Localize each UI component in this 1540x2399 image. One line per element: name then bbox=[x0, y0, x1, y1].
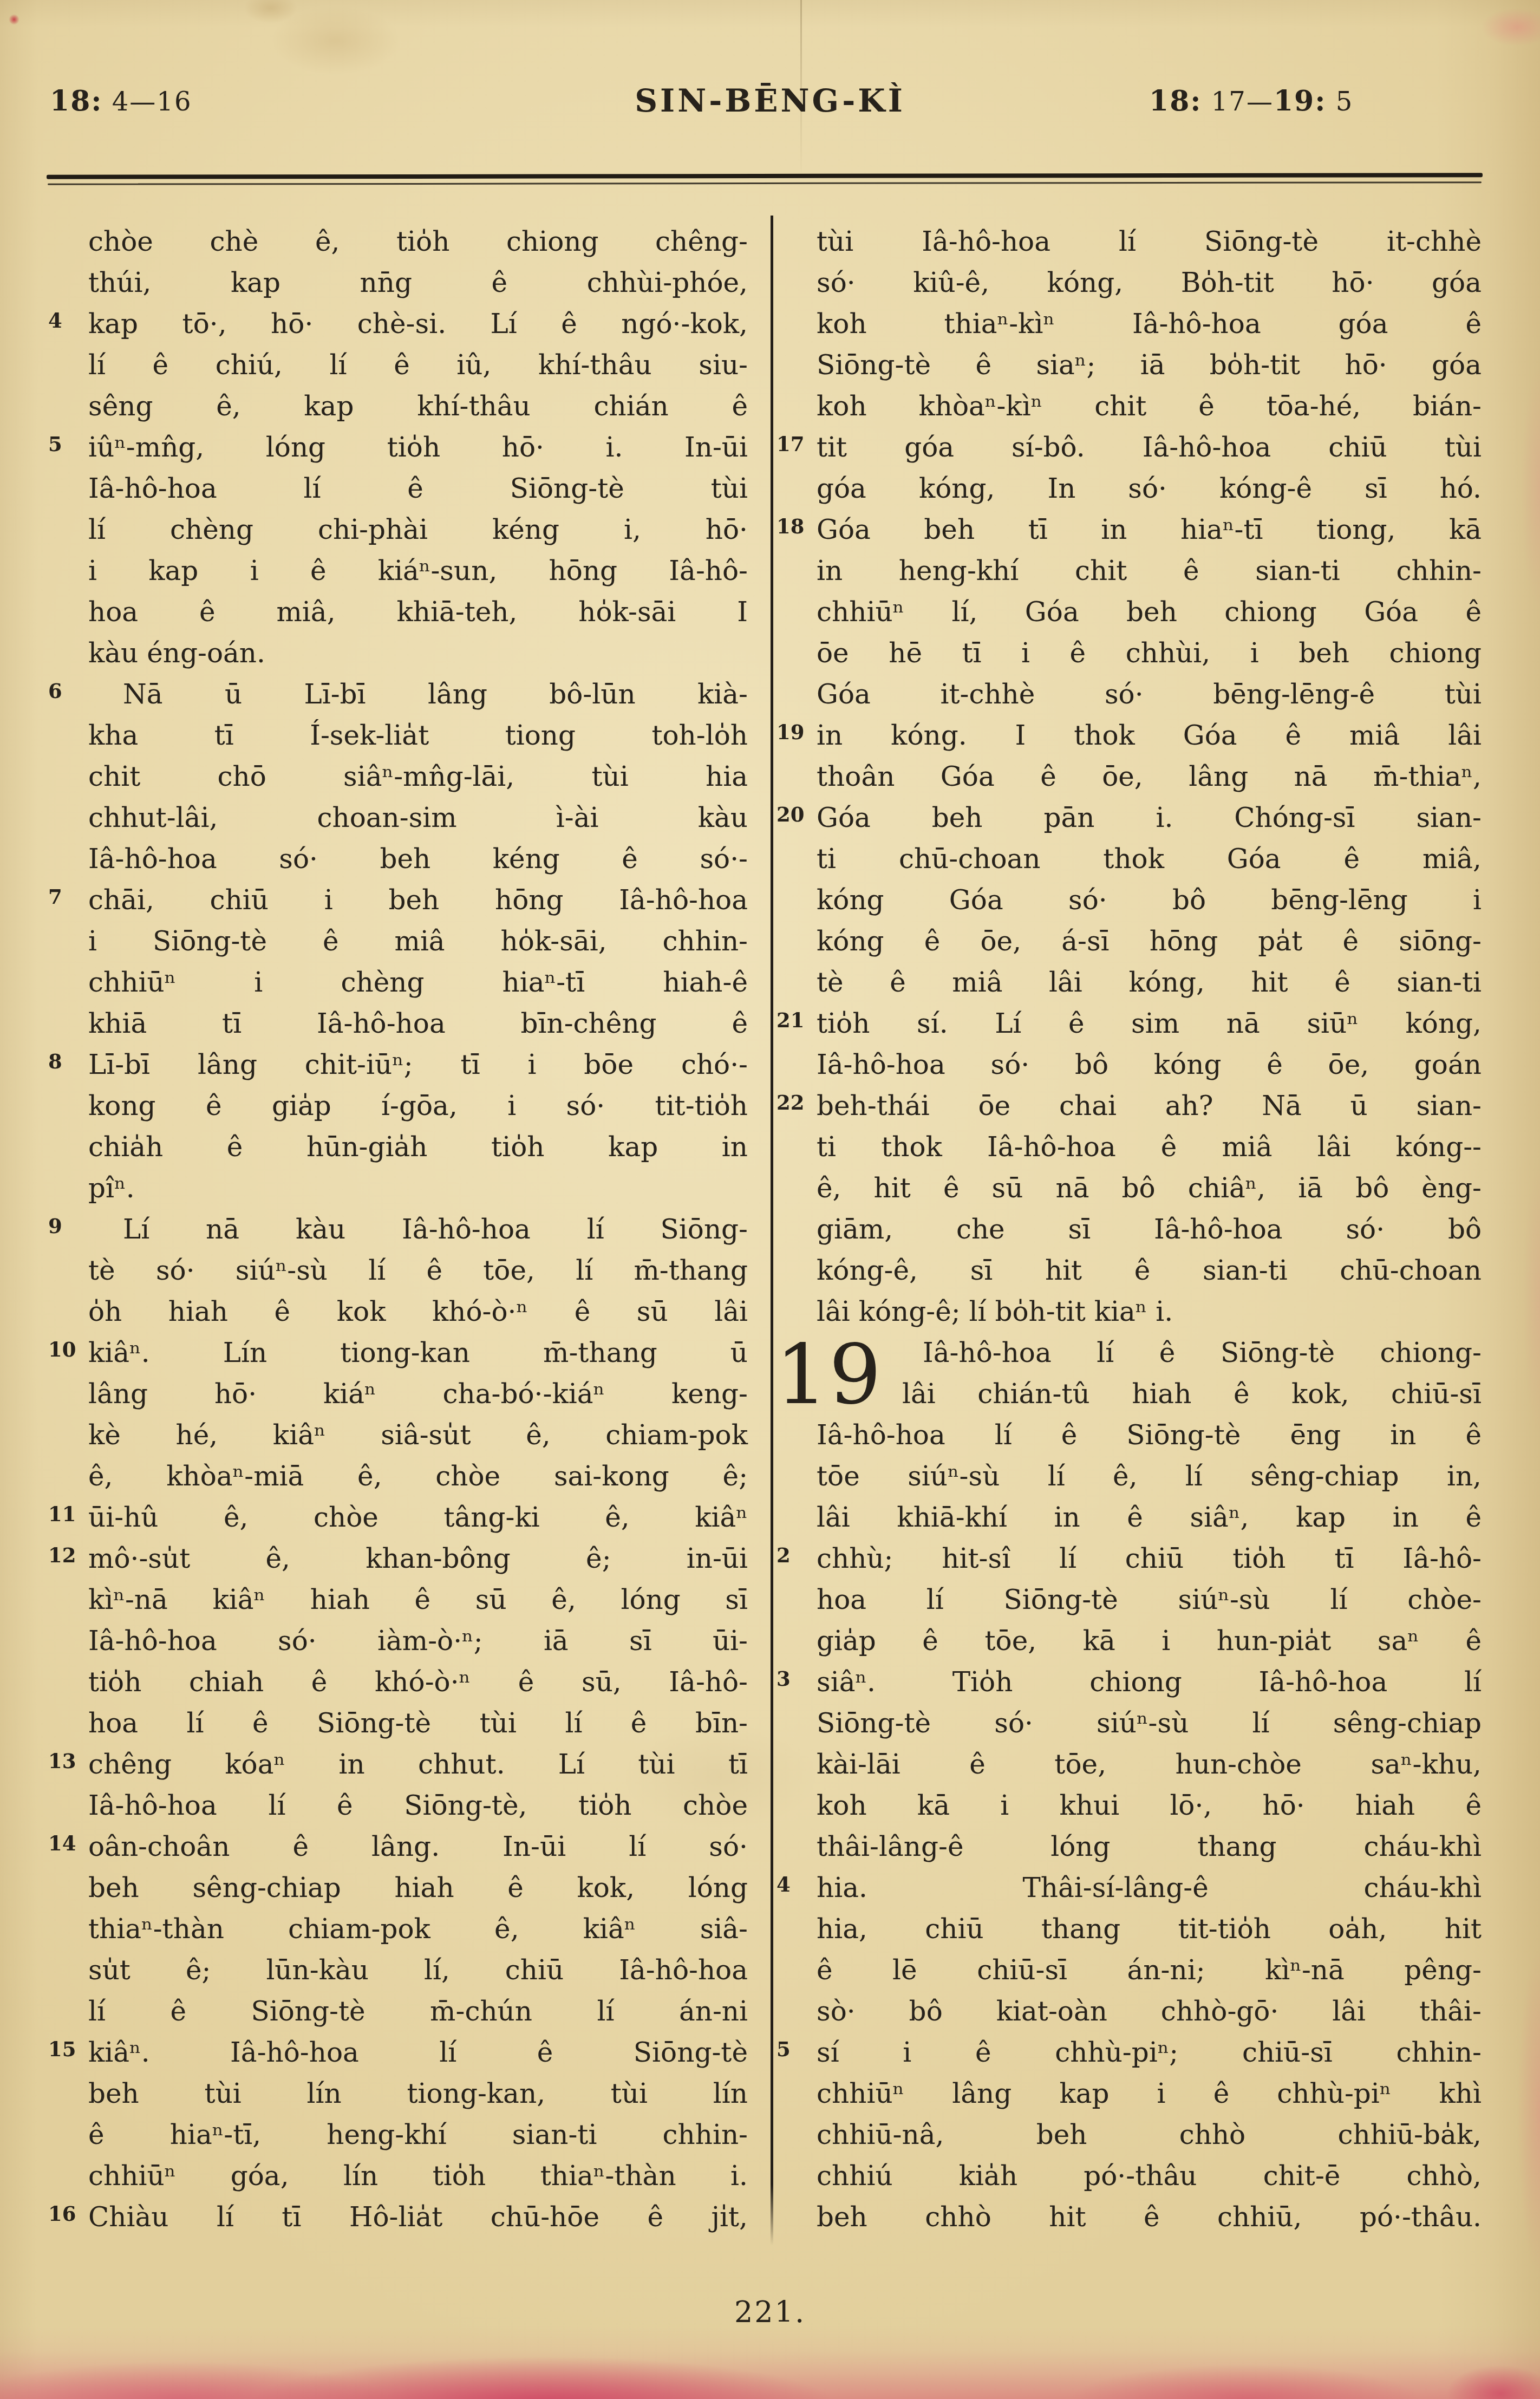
line-text: Góa it-chhè só· bēng-lēng-ê tùi bbox=[817, 679, 1482, 710]
text-line: só· kiû-ê, kóng, Bo̍h-tit hō· góa bbox=[817, 262, 1482, 303]
column-divider-rule bbox=[771, 216, 773, 2245]
line-text: gia̍p ê tōe, kā i hun-pia̍t saⁿ ê bbox=[817, 1625, 1482, 1657]
line-text: kap tō·, hō· chè-si. Lí ê ngó·-kok, bbox=[88, 308, 748, 340]
text-line: khiā tī Iâ-hô-hoa bīn-chêng ê bbox=[88, 1003, 748, 1044]
line-text: ê lē chiū-sī án-ni; kìⁿ-nā pêng- bbox=[817, 1954, 1482, 1986]
text-line: thúi, kap nn̄g ê chhùi-phóe, bbox=[88, 262, 748, 303]
line-text: Siōng-tè ê siaⁿ; iā bo̍h-tit hō· góa bbox=[817, 349, 1482, 381]
line-text: hia, chiū thang tit-tio̍h oa̍h, hit bbox=[817, 1913, 1482, 1945]
line-text: Iâ-hô-hoa só· bô kóng ê ōe, goán bbox=[817, 1049, 1482, 1080]
text-line: gia̍p ê tōe, kā i hun-pia̍t saⁿ ê bbox=[817, 1620, 1482, 1661]
text-line: in heng-khí chit ê sian-ti chhin- bbox=[817, 550, 1482, 591]
line-text: chhiū-nâ, beh chhò chhiū-ba̍k, bbox=[817, 2119, 1482, 2150]
line-text: kàu éng-oán. bbox=[88, 637, 265, 669]
verse-number: 12 bbox=[48, 1535, 87, 1576]
verse-number: 3 bbox=[776, 1658, 815, 1699]
text-line: kóng ê ōe, á-sī hōng pa̍t ê siōng- bbox=[817, 921, 1482, 962]
text-line: 13chêng kóaⁿ in chhut. Lí tùi tī bbox=[88, 1744, 748, 1785]
text-line: góa kóng, In só· kóng-ê sī hó. bbox=[817, 468, 1482, 509]
text-line: Iâ-hô-hoa lí ê Siōng-tè chiong- bbox=[817, 1332, 1482, 1373]
line-text: Iâ-hô-hoa lí ê Siōng-tè ēng in ê bbox=[817, 1419, 1482, 1451]
line-text: góa kóng, In só· kóng-ê sī hó. bbox=[817, 473, 1482, 504]
text-line: kài-lāi ê tōe, hun-chòe saⁿ-khu, bbox=[817, 1744, 1482, 1785]
text-line: 20Góa beh pān i. Chóng-sī sian- bbox=[817, 797, 1482, 838]
text-line: 12mô·-su̍t ê, khan-bông ê; in-ūi bbox=[88, 1538, 748, 1579]
line-text: Iâ-hô-hoa lí ê Siōng-tè, tio̍h chòe bbox=[88, 1790, 748, 1821]
line-text: kài-lāi ê tōe, hun-chòe saⁿ-khu, bbox=[817, 1749, 1482, 1780]
line-text: kong ê gia̍p í-gōa, i só· tit-tio̍h bbox=[88, 1090, 748, 1122]
line-text: chhiūⁿ lí, Góa beh chiong Góa ê bbox=[817, 596, 1482, 628]
verse-number: 8 bbox=[48, 1041, 87, 1082]
line-text: in kóng. I thok Góa ê miâ lâi bbox=[817, 720, 1482, 751]
verse-number: 13 bbox=[48, 1740, 87, 1782]
verse-number: 9 bbox=[48, 1205, 87, 1247]
verse-number: 5 bbox=[48, 423, 87, 465]
text-line: lâi chián-tû hiah ê kok, chiū-sī bbox=[817, 1373, 1482, 1414]
line-text: giām, che sī Iâ-hô-hoa só· bô bbox=[817, 1214, 1482, 1245]
line-text: Iâ-hô-hoa só· iàm-ò·ⁿ; iā sī ūi- bbox=[88, 1625, 748, 1657]
line-text: in heng-khí chit ê sian-ti chhin- bbox=[817, 555, 1482, 586]
verse-number: 4 bbox=[776, 1864, 815, 1905]
text-line: giām, che sī Iâ-hô-hoa só· bô bbox=[817, 1209, 1482, 1250]
text-line: 17tit góa sí-bô. Iâ-hô-hoa chiū tùi bbox=[817, 427, 1482, 468]
scanned-bible-page: 18: 4—16 SIN-BĒNG-KÌ 18: 17—19: 5 chòe c… bbox=[0, 0, 1540, 2399]
text-line: pîⁿ. bbox=[88, 1168, 748, 1209]
line-text: Iâ-hô-hoa lí ê Siōng-tè chiong- bbox=[923, 1337, 1482, 1368]
text-line: tùi Iâ-hô-hoa lí Siōng-tè it-chhè bbox=[817, 221, 1482, 262]
line-text: thiaⁿ-thàn chiam-pok ê, kiâⁿ siâ- bbox=[88, 1913, 748, 1945]
line-text: lí ê Siōng-tè m̄-chún lí án-ni bbox=[88, 1996, 748, 2027]
verse-number: 14 bbox=[48, 1823, 87, 1864]
line-text: Chiàu lí tī Hô-lia̍t chū-hōe ê ji̍t, bbox=[88, 2201, 748, 2233]
text-line: chhiūⁿ lí, Góa beh chiong Góa ê bbox=[817, 591, 1482, 633]
text-line: kóng Góa só· bô bēng-lēng i bbox=[817, 879, 1482, 921]
text-line: lí ê chiú, lí ê iû, khí-thâu siu- bbox=[88, 344, 748, 386]
text-line: lâi kóng-ê; lí bo̍h-tit kiaⁿ i. bbox=[817, 1291, 1482, 1332]
text-line: Iâ-hô-hoa lí ê Siōng-tè, tio̍h chòe bbox=[88, 1785, 748, 1826]
line-text: koh kā i khui lō·, hō· hiah ê bbox=[817, 1790, 1482, 1821]
text-line: 7chāi, chiū i beh hōng Iâ-hô-hoa bbox=[88, 879, 748, 921]
verse-number: 17 bbox=[776, 423, 815, 465]
line-text: Lí nā kàu Iâ-hô-hoa lí Siōng- bbox=[123, 1214, 748, 1245]
text-line: su̍t ê; lūn-kàu lí, chiū Iâ-hô-hoa bbox=[88, 1950, 748, 1991]
line-text: pîⁿ. bbox=[88, 1172, 135, 1204]
verse-number: 2 bbox=[776, 1535, 815, 1576]
line-text: lâi kóng-ê; lí bo̍h-tit kiaⁿ i. bbox=[817, 1296, 1173, 1327]
line-text: tùi Iâ-hô-hoa lí Siōng-tè it-chhè bbox=[817, 226, 1482, 257]
page-number: 221. bbox=[0, 2295, 1540, 2329]
line-text: Siōng-tè só· siúⁿ-sù lí sêng-chiap bbox=[817, 1707, 1482, 1739]
text-line: ti thok Iâ-hô-hoa ê miâ lâi kóng-- bbox=[817, 1126, 1482, 1168]
text-line: kóng-ê, sī hit ê sian-ti chū-choan bbox=[817, 1250, 1482, 1291]
line-text: kha tī Í-sek-lia̍t tiong toh-lo̍h bbox=[88, 720, 748, 751]
verse-number: 20 bbox=[776, 794, 815, 835]
text-line: 3siâⁿ. Tio̍h chiong Iâ-hô-hoa lí bbox=[817, 1661, 1482, 1703]
text-line: chhut-lâi, choan-sim ì-ài kàu bbox=[88, 797, 748, 838]
line-text: sêng ê, kap khí-thâu chián ê bbox=[88, 390, 748, 422]
chapter-number: 19 bbox=[775, 1332, 882, 1418]
line-text: koh khòaⁿ-kìⁿ chit ê tōa-hé, bián- bbox=[817, 390, 1482, 422]
line-text: kóng ê ōe, á-sī hōng pa̍t ê siōng- bbox=[817, 925, 1482, 957]
verse-number: 18 bbox=[776, 506, 815, 547]
line-text: chòe chè ê, tio̍h chiong chêng- bbox=[88, 226, 748, 257]
line-text: beh-thái ōe chai ah? Nā ū sian- bbox=[817, 1090, 1482, 1122]
text-line: 8Lī-bī lâng chit-iūⁿ; tī i bōe chó·- bbox=[88, 1044, 748, 1085]
text-line: Góa it-chhè só· bēng-lēng-ê tùi bbox=[817, 674, 1482, 715]
line-text: ti thok Iâ-hô-hoa ê miâ lâi kóng-- bbox=[817, 1131, 1482, 1163]
text-line: Siōng-tè ê siaⁿ; iā bo̍h-tit hō· góa bbox=[817, 344, 1482, 386]
line-text: ūi-hû ê, chòe tâng-ki ê, kiâⁿ bbox=[88, 1502, 748, 1533]
line-text: o̍h hiah ê kok khó-ò·ⁿ ê sū lâi bbox=[88, 1296, 748, 1327]
line-text: chit chō siâⁿ-mn̂g-lāi, tùi hia bbox=[88, 761, 748, 792]
line-text: kóng Góa só· bô bēng-lēng i bbox=[817, 884, 1482, 916]
line-text: hoa ê miâ, khiā-teh, ho̍k-sāi I bbox=[88, 596, 748, 628]
range-segment: 17— bbox=[1202, 87, 1274, 117]
text-line: kha tī Í-sek-lia̍t tiong toh-lo̍h bbox=[88, 715, 748, 756]
line-text: chhiūⁿ góa, lín tio̍h thiaⁿ-thàn i. bbox=[88, 2160, 748, 2192]
line-text: Nā ū Lī-bī lâng bô-lūn kià- bbox=[123, 679, 748, 710]
line-text: Góa beh pān i. Chóng-sī sian- bbox=[817, 802, 1482, 833]
text-line: chòe chè ê, tio̍h chiong chêng- bbox=[88, 221, 748, 262]
text-line: lâi khiā-khí in ê siâⁿ, kap in ê bbox=[817, 1497, 1482, 1538]
line-text: lâi khiā-khí in ê siâⁿ, kap in ê bbox=[817, 1502, 1482, 1533]
line-text: chāi, chiū i beh hōng Iâ-hô-hoa bbox=[88, 884, 748, 916]
text-line: ê hiaⁿ-tī, heng-khí sian-ti chhin- bbox=[88, 2114, 748, 2155]
line-text: Lī-bī lâng chit-iūⁿ; tī i bōe chó·- bbox=[88, 1049, 748, 1080]
text-line: 21tio̍h sí. Lí ê sim nā siūⁿ kóng, bbox=[817, 1003, 1482, 1044]
line-text: sò· bô kiat-oàn chhò-gō· lâi thâi- bbox=[817, 1996, 1482, 2027]
verse-number: 4 bbox=[48, 300, 87, 341]
line-text: thoân Góa ê ōe, lâng nā m̄-thiaⁿ, bbox=[817, 761, 1482, 792]
text-line: chhiūⁿ i chèng hiaⁿ-tī hiah-ê bbox=[88, 962, 748, 1003]
line-text: tit góa sí-bô. Iâ-hô-hoa chiū tùi bbox=[817, 432, 1482, 463]
text-line: hia, chiū thang tit-tio̍h oa̍h, hit bbox=[817, 1908, 1482, 1950]
line-text: Iâ-hô-hoa só· beh kéng ê só·- bbox=[88, 843, 748, 875]
line-text: khiā tī Iâ-hô-hoa bīn-chêng ê bbox=[88, 1008, 748, 1039]
text-line: 19in kóng. I thok Góa ê miâ lâi bbox=[817, 715, 1482, 756]
text-line: sêng ê, kap khí-thâu chián ê bbox=[88, 386, 748, 427]
line-text: chêng kóaⁿ in chhut. Lí tùi tī bbox=[88, 1749, 748, 1780]
line-text: lí chèng chi-phài kéng i, hō· bbox=[88, 514, 748, 545]
text-line: chhiū-nâ, beh chhò chhiū-ba̍k, bbox=[817, 2114, 1482, 2155]
text-line: Iâ-hô-hoa lí ê Siōng-tè tùi bbox=[88, 468, 748, 509]
text-line: koh kā i khui lō·, hō· hiah ê bbox=[817, 1785, 1482, 1826]
line-text: hoa lí ê Siōng-tè tùi lí ê bīn- bbox=[88, 1707, 748, 1739]
line-text: thúi, kap nn̄g ê chhùi-phóe, bbox=[88, 267, 748, 298]
text-line: 11ūi-hû ê, chòe tâng-ki ê, kiâⁿ bbox=[88, 1497, 748, 1538]
line-text: chhù; hit-sî lí chiū tio̍h tī Iâ-hô- bbox=[817, 1543, 1482, 1574]
text-line: beh sêng-chiap hiah ê kok, lóng bbox=[88, 1867, 748, 1908]
line-text: tio̍h sí. Lí ê sim nā siūⁿ kóng, bbox=[817, 1008, 1482, 1039]
line-text: beh sêng-chiap hiah ê kok, lóng bbox=[88, 1872, 748, 1903]
text-line: thiaⁿ-thàn chiam-pok ê, kiâⁿ siâ- bbox=[88, 1908, 748, 1950]
text-line: ōe hē tī i ê chhùi, i beh chiong bbox=[817, 633, 1482, 674]
line-text: Góa beh tī in hiaⁿ-tī tiong, kā bbox=[817, 514, 1482, 545]
verse-number: 7 bbox=[48, 876, 87, 917]
line-text: ê, hit ê sū nā bô chiâⁿ, iā bô èng- bbox=[817, 1172, 1482, 1204]
verse-number: 10 bbox=[48, 1329, 87, 1370]
line-text: ti chū-choan thok Góa ê miâ, bbox=[817, 843, 1482, 875]
text-line: ê lē chiū-sī án-ni; kìⁿ-nā pêng- bbox=[817, 1950, 1482, 1991]
text-line: 15kiâⁿ. Iâ-hô-hoa lí ê Siōng-tè bbox=[88, 2032, 748, 2073]
line-text: lâng hō· kiáⁿ cha-bó·-kiáⁿ keng- bbox=[88, 1378, 748, 1410]
text-line: ti chū-choan thok Góa ê miâ, bbox=[817, 838, 1482, 879]
text-line: 9Lí nā kàu Iâ-hô-hoa lí Siōng- bbox=[88, 1209, 748, 1250]
text-line: kè hé, kiâⁿ siâ-su̍t ê, chiam-pok bbox=[88, 1414, 748, 1456]
text-line: tio̍h chiah ê khó-ò·ⁿ ê sū, Iâ-hô- bbox=[88, 1661, 748, 1703]
text-line: 2chhù; hit-sî lí chiū tio̍h tī Iâ-hô- bbox=[817, 1538, 1482, 1579]
text-line: Siōng-tè só· siúⁿ-sù lí sêng-chiap bbox=[817, 1703, 1482, 1744]
text-line: 5iûⁿ-mn̂g, lóng tio̍h hō· i. In-ūi bbox=[88, 427, 748, 468]
line-text: i Siōng-tè ê miâ ho̍k-sāi, chhin- bbox=[88, 925, 748, 957]
line-text: koh thiaⁿ-kìⁿ Iâ-hô-hoa góa ê bbox=[817, 308, 1482, 340]
text-line: 18Góa beh tī in hiaⁿ-tī tiong, kā bbox=[817, 509, 1482, 550]
line-text: i kap i ê kiáⁿ-sun, hōng Iâ-hô- bbox=[88, 555, 748, 586]
line-text: chhiūⁿ i chèng hiaⁿ-tī hiah-ê bbox=[88, 967, 748, 998]
text-line: hoa lí ê Siōng-tè tùi lí ê bīn- bbox=[88, 1703, 748, 1744]
text-line: 10kiâⁿ. Lín tiong-kan m̄-thang ū bbox=[88, 1332, 748, 1373]
verse-number: 6 bbox=[48, 670, 87, 712]
text-line: Iâ-hô-hoa só· bô kóng ê ōe, goán bbox=[817, 1044, 1482, 1085]
text-line: kìⁿ-nā kiâⁿ hiah ê sū ê, lóng sī bbox=[88, 1579, 748, 1620]
verse-number: 5 bbox=[776, 2029, 815, 2070]
text-line: tè ê miâ lâi kóng, hit ê sian-ti bbox=[817, 962, 1482, 1003]
text-line: lâng hō· kiáⁿ cha-bó·-kiáⁿ keng- bbox=[88, 1373, 748, 1414]
text-line: lí chèng chi-phài kéng i, hō· bbox=[88, 509, 748, 550]
text-line: o̍h hiah ê kok khó-ò·ⁿ ê sū lâi bbox=[88, 1291, 748, 1332]
text-line: i kap i ê kiáⁿ-sun, hōng Iâ-hô- bbox=[88, 550, 748, 591]
line-text: mô·-su̍t ê, khan-bông ê; in-ūi bbox=[88, 1543, 748, 1574]
verse-number: 16 bbox=[48, 2193, 87, 2234]
text-line: ê, khòaⁿ-miā ê, chòe sai-kong ê; bbox=[88, 1456, 748, 1497]
line-text: kiâⁿ. Lín tiong-kan m̄-thang ū bbox=[88, 1337, 748, 1368]
line-text: su̍t ê; lūn-kàu lí, chiū Iâ-hô-hoa bbox=[88, 1954, 748, 1986]
line-text: tè só· siúⁿ-sù lí ê tōe, lí m̄-thang bbox=[88, 1255, 748, 1286]
line-text: tio̍h chiah ê khó-ò·ⁿ ê sū, Iâ-hô- bbox=[88, 1666, 748, 1698]
verse-number: 22 bbox=[776, 1082, 815, 1123]
text-line: tōe siúⁿ-sù lí ê, lí sêng-chiap in, bbox=[817, 1456, 1482, 1497]
text-line: koh thiaⁿ-kìⁿ Iâ-hô-hoa góa ê bbox=[817, 303, 1482, 344]
line-text: tè ê miâ lâi kóng, hit ê sian-ti bbox=[817, 967, 1482, 998]
line-text: chhiūⁿ lâng kap i ê chhù-piⁿ khì bbox=[817, 2078, 1482, 2109]
line-text: hoa lí Siōng-tè siúⁿ-sù lí chòe- bbox=[817, 1584, 1482, 1615]
text-line: chit chō siâⁿ-mn̂g-lāi, tùi hia bbox=[88, 756, 748, 797]
text-line: chhiūⁿ góa, lín tio̍h thiaⁿ-thàn i. bbox=[88, 2155, 748, 2196]
line-text: Iâ-hô-hoa lí ê Siōng-tè tùi bbox=[88, 473, 748, 504]
line-text: chhiú kia̍h pó·-thâu chit-ē chhò, bbox=[817, 2160, 1482, 2192]
text-line: Iâ-hô-hoa lí ê Siōng-tè ēng in ê bbox=[817, 1414, 1482, 1456]
line-text: beh chhò hit ê chhiū, pó·-thâu. bbox=[817, 2201, 1482, 2233]
range-segment: 5 bbox=[1326, 87, 1353, 117]
line-text: siâⁿ. Tio̍h chiong Iâ-hô-hoa lí bbox=[817, 1666, 1482, 1698]
line-text: ōe hē tī i ê chhùi, i beh chiong bbox=[817, 637, 1482, 669]
verse-number: 11 bbox=[48, 1494, 87, 1535]
line-text: kiâⁿ. Iâ-hô-hoa lí ê Siōng-tè bbox=[88, 2037, 748, 2068]
text-line: Iâ-hô-hoa só· iàm-ò·ⁿ; iā sī ūi- bbox=[88, 1620, 748, 1661]
text-line: Iâ-hô-hoa só· beh kéng ê só·- bbox=[88, 838, 748, 879]
line-text: só· kiû-ê, kóng, Bo̍h-tit hō· góa bbox=[817, 267, 1482, 298]
line-text: iûⁿ-mn̂g, lóng tio̍h hō· i. In-ūi bbox=[88, 432, 748, 463]
range-segment: 18: bbox=[1149, 84, 1202, 118]
text-line: chhiú kia̍h pó·-thâu chit-ē chhò, bbox=[817, 2155, 1482, 2196]
text-line: lí ê Siōng-tè m̄-chún lí án-ni bbox=[88, 1991, 748, 2032]
text-line: beh chhò hit ê chhiū, pó·-thâu. bbox=[817, 2196, 1482, 2238]
line-text: sí i ê chhù-piⁿ; chiū-sī chhin- bbox=[817, 2037, 1482, 2068]
text-line: 4kap tō·, hō· chè-si. Lí ê ngó·-kok, bbox=[88, 303, 748, 344]
line-text: ê, khòaⁿ-miā ê, chòe sai-kong ê; bbox=[88, 1461, 748, 1492]
header-verse-range-right: 18: 17—19: 5 bbox=[1149, 84, 1353, 118]
text-line: thâi-lâng-ê lóng thang cháu-khì bbox=[817, 1826, 1482, 1867]
text-line: ê, hit ê sū nā bô chiâⁿ, iā bô èng- bbox=[817, 1168, 1482, 1209]
text-line: chia̍h ê hūn-gia̍h tio̍h kap in bbox=[88, 1126, 748, 1168]
verse-number: 21 bbox=[776, 1000, 815, 1041]
line-text: beh tùi lín tiong-kan, tùi lín bbox=[88, 2078, 748, 2109]
text-line: chhiūⁿ lâng kap i ê chhù-piⁿ khì bbox=[817, 2073, 1482, 2114]
line-text: ê hiaⁿ-tī, heng-khí sian-ti chhin- bbox=[88, 2119, 748, 2150]
text-line: hoa lí Siōng-tè siúⁿ-sù lí chòe- bbox=[817, 1579, 1482, 1620]
text-line: 14oân-choân ê lâng. In-ūi lí só· bbox=[88, 1826, 748, 1867]
text-line: 16Chiàu lí tī Hô-lia̍t chū-hōe ê ji̍t, bbox=[88, 2196, 748, 2238]
line-text: oân-choân ê lâng. In-ūi lí só· bbox=[88, 1831, 748, 1862]
line-text: thâi-lâng-ê lóng thang cháu-khì bbox=[817, 1831, 1482, 1862]
line-text: lí ê chiú, lí ê iû, khí-thâu siu- bbox=[88, 349, 748, 381]
text-line: tè só· siúⁿ-sù lí ê tōe, lí m̄-thang bbox=[88, 1250, 748, 1291]
text-line: thoân Góa ê ōe, lâng nā m̄-thiaⁿ, bbox=[817, 756, 1482, 797]
header-rule-thick bbox=[47, 173, 1483, 179]
text-line: i Siōng-tè ê miâ ho̍k-sāi, chhin- bbox=[88, 921, 748, 962]
text-line: kong ê gia̍p í-gōa, i só· tit-tio̍h bbox=[88, 1085, 748, 1126]
range-segment: 19: bbox=[1274, 84, 1327, 118]
text-line: beh tùi lín tiong-kan, tùi lín bbox=[88, 2073, 748, 2114]
line-text: kìⁿ-nā kiâⁿ hiah ê sū ê, lóng sī bbox=[88, 1584, 748, 1615]
verse-number: 19 bbox=[776, 712, 815, 753]
text-line: 6Nā ū Lī-bī lâng bô-lūn kià- bbox=[88, 674, 748, 715]
line-text: chhut-lâi, choan-sim ì-ài kàu bbox=[88, 802, 748, 833]
text-line: 5sí i ê chhù-piⁿ; chiū-sī chhin- bbox=[817, 2032, 1482, 2073]
text-column-left: chòe chè ê, tio̍h chiong chêng-thúi, kap… bbox=[88, 221, 748, 2238]
text-line: hoa ê miâ, khiā-teh, ho̍k-sāi I bbox=[88, 591, 748, 633]
text-line: 22beh-thái ōe chai ah? Nā ū sian- bbox=[817, 1085, 1482, 1126]
line-text: kóng-ê, sī hit ê sian-ti chū-choan bbox=[817, 1255, 1482, 1286]
line-text: kè hé, kiâⁿ siâ-su̍t ê, chiam-pok bbox=[88, 1419, 748, 1451]
header-rule-thin bbox=[48, 181, 1482, 185]
line-text: tōe siúⁿ-sù lí ê, lí sêng-chiap in, bbox=[817, 1461, 1482, 1492]
line-text: hia. Thâi-sí-lâng-ê cháu-khì bbox=[817, 1872, 1482, 1903]
text-line: koh khòaⁿ-kìⁿ chit ê tōa-hé, bián- bbox=[817, 386, 1482, 427]
text-line: kàu éng-oán. bbox=[88, 633, 748, 674]
text-line: 4hia. Thâi-sí-lâng-ê cháu-khì bbox=[817, 1867, 1482, 1908]
text-column-right: tùi Iâ-hô-hoa lí Siōng-tè it-chhèsó· kiû… bbox=[817, 221, 1482, 2238]
text-line: sò· bô kiat-oàn chhò-gō· lâi thâi- bbox=[817, 1991, 1482, 2032]
line-text: chia̍h ê hūn-gia̍h tio̍h kap in bbox=[88, 1131, 748, 1163]
line-text: lâi chián-tû hiah ê kok, chiū-sī bbox=[902, 1378, 1482, 1410]
verse-number: 15 bbox=[48, 2029, 87, 2070]
